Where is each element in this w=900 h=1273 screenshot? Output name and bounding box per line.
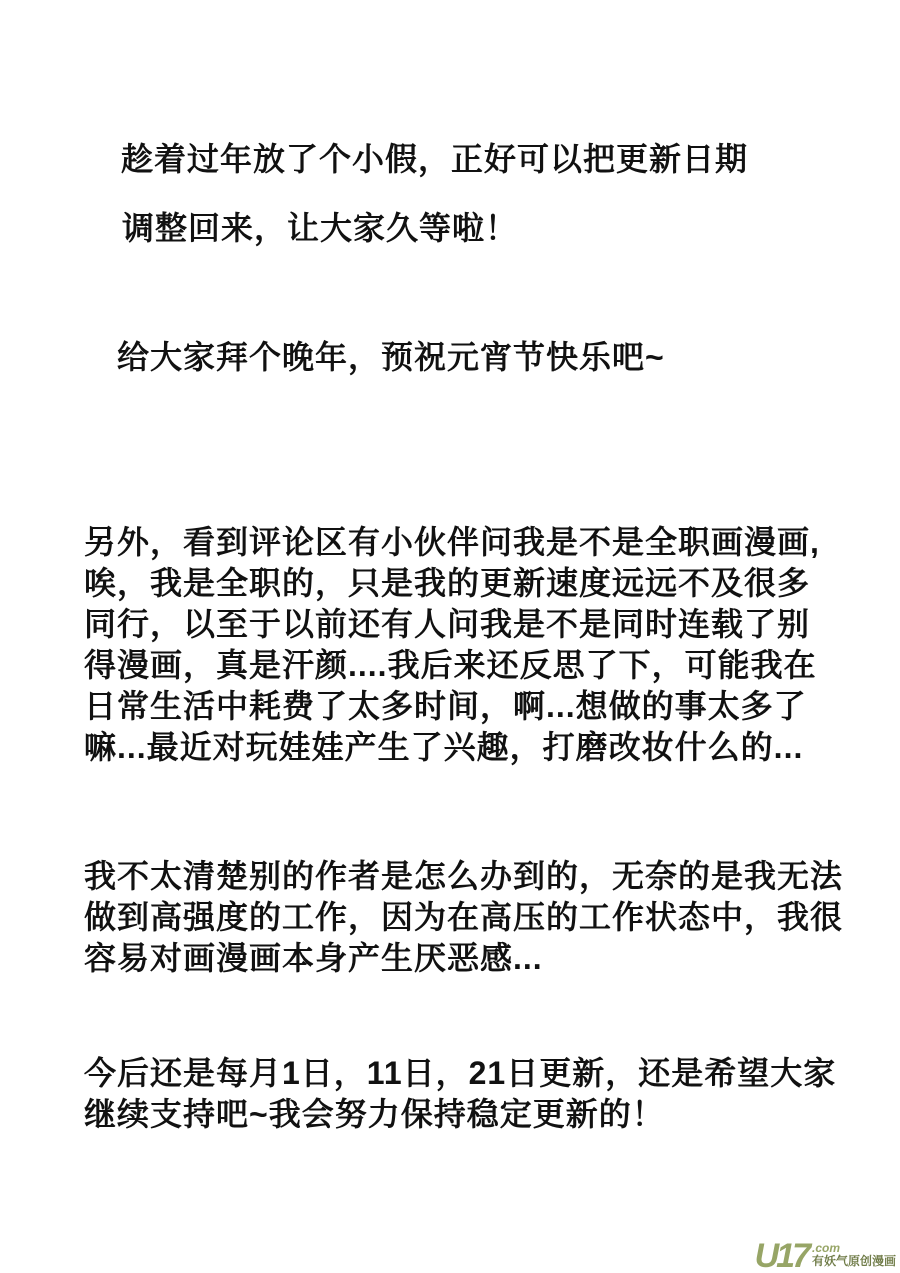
paragraph-line: 继续支持吧~我会努力保持稳定更新的！ bbox=[84, 1094, 836, 1135]
intro-line-1: 趁着过年放了个小假，正好可以把更新日期 bbox=[121, 143, 748, 175]
paragraph-line: 同行，以至于以前还有人问我是不是同时连载了别 bbox=[84, 604, 820, 645]
paragraph-fulltime-explanation: 另外，看到评论区有小伙伴问我是不是全职画漫画, 唉，我是全职的，只是我的更新速度… bbox=[84, 522, 820, 768]
paragraph-line: 日常生活中耗费了太多时间，啊...想做的事太多了 bbox=[84, 686, 820, 727]
intro-line-2: 调整回来，让大家久等啦！ bbox=[122, 212, 518, 244]
paragraph-line: 容易对画漫画本身产生厌恶感... bbox=[84, 938, 843, 979]
u17-brand-text: U17 bbox=[755, 1242, 808, 1270]
paragraph-line: 唉，我是全职的，只是我的更新速度远远不及很多 bbox=[84, 563, 820, 604]
u17-tagline: 有妖气原创漫画 bbox=[812, 1254, 896, 1268]
paragraph-line: 做到高强度的工作，因为在高压的工作状态中，我很 bbox=[84, 897, 843, 938]
paragraph-line: 嘛...最近对玩娃娃产生了兴趣，打磨改妆什么的... bbox=[84, 727, 820, 768]
paragraph-line: 我不太清楚别的作者是怎么办到的，无奈的是我无法 bbox=[84, 856, 843, 897]
paragraph-work-intensity: 我不太清楚别的作者是怎么办到的，无奈的是我无法 做到高强度的工作，因为在高压的工… bbox=[84, 856, 843, 979]
greeting-line: 给大家拜个晚年，预祝元宵节快乐吧~ bbox=[117, 341, 665, 373]
u17-watermark-logo: U17 .com 有妖气原创漫画 bbox=[755, 1242, 896, 1270]
paragraph-update-schedule: 今后还是每月1日，11日，21日更新，还是希望大家 继续支持吧~我会努力保持稳定… bbox=[84, 1053, 836, 1135]
paragraph-line: 另外，看到评论区有小伙伴问我是不是全职画漫画, bbox=[84, 522, 820, 563]
paragraph-line: 得漫画，真是汗颜....我后来还反思了下，可能我在 bbox=[84, 645, 820, 686]
comic-author-note-page: 趁着过年放了个小假，正好可以把更新日期 调整回来，让大家久等啦！ 给大家拜个晚年… bbox=[0, 0, 900, 1273]
u17-domain-suffix: .com bbox=[812, 1242, 896, 1254]
paragraph-line: 今后还是每月1日，11日，21日更新，还是希望大家 bbox=[84, 1053, 836, 1094]
